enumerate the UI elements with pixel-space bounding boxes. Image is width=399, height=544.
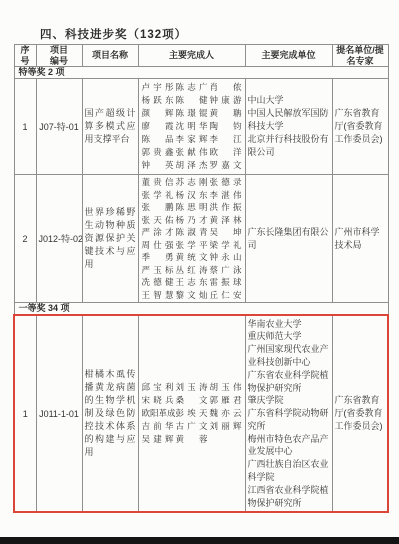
- cell-project-name: 世界珍稀野生动物种质资源保护关键技术与应用: [82, 175, 138, 303]
- person-name: 张学平: [174, 239, 208, 252]
- person-name: 冼德健: [141, 276, 175, 289]
- unit-name: 重庆师范大学: [248, 330, 330, 343]
- person-name: 肖侬: [208, 81, 242, 94]
- person-name: 苏志刚: [174, 176, 208, 189]
- project-row-3-highlighted: 1 J011-1-01 柑橘木虱传播黄龙病菌的生物学机制及绿色防控技术体系的构建…: [14, 315, 388, 512]
- person-name: 雷振球: [208, 276, 242, 289]
- person-name: 梁学礼: [208, 239, 242, 252]
- header-nominator: 提名单位/提名专家: [332, 45, 388, 67]
- person-name: 李湛伟: [208, 189, 242, 202]
- unit-name: 中山大学: [248, 94, 330, 107]
- person-name: 罗嘉文: [208, 159, 242, 172]
- person-name: 张天佑: [141, 214, 175, 227]
- person-name: 宋晓兵: [141, 394, 175, 407]
- header-index: 序号: [14, 45, 36, 67]
- cell-index: 1: [14, 315, 36, 512]
- cell-code: J07-特-01: [36, 79, 82, 175]
- person-name: 钟永山: [208, 251, 242, 264]
- header-project-name: 项目名称: [82, 45, 138, 67]
- person-name: 丘仁安: [208, 289, 242, 302]
- person-name: 廖霞: [141, 120, 175, 133]
- person-name: 张学礼: [141, 189, 175, 202]
- cell-units: 中山大学中国人民解放军国防科技大学北京并行科技股份有限公司: [245, 79, 332, 175]
- unit-name: 广东长隆集团有限公司: [248, 226, 330, 252]
- person-name: 胡玉伟: [208, 381, 242, 394]
- person-name: 郭贵鑫: [141, 146, 175, 159]
- cell-index: 1: [14, 79, 36, 175]
- cell-code: J011-1-01: [36, 315, 82, 512]
- person-name: 杨跃东: [141, 94, 175, 107]
- person-name: 严涂才: [141, 226, 175, 239]
- unit-name: 江西省农业科学院植物保护研究所: [248, 484, 330, 510]
- section-row-first-prize: 一等奖 34 项: [14, 303, 388, 316]
- header-units: 主要完成单位: [245, 45, 332, 67]
- person-name: 洪作振: [208, 201, 242, 214]
- section-label: 特等奖 2 项: [14, 67, 388, 79]
- person-name: 卢宇彤: [141, 81, 175, 94]
- person-name: 邱宝利: [141, 381, 175, 394]
- unit-name: 广东省科学院动物研究所: [248, 407, 330, 433]
- person-name: 刘玉涛: [174, 381, 208, 394]
- person-name: 黄蓉: [174, 433, 208, 446]
- project-row-1: 1 J07-特-01 国产超级计算多模式应用支撑平台 卢宇彤陈志广肖侬杨跃东陈健…: [14, 79, 388, 175]
- person-name: 欧洋: [208, 146, 242, 159]
- person-name: 黄泽林: [208, 214, 242, 227]
- unit-name: 广东省农业科学院植物保护研究所: [248, 369, 330, 395]
- person-name: 张鹏: [141, 201, 175, 214]
- person-name: 杨乃才: [174, 214, 208, 227]
- person-name: 李家辉: [174, 133, 208, 146]
- person-name: 丛红涛: [174, 264, 208, 277]
- cell-units: 华南农业大学重庆师范大学广州国家现代农业产业科技创新中心广东省农业科学院植物保护…: [245, 315, 332, 512]
- person-name: 钟康游: [208, 94, 242, 107]
- person-name: 陈健: [174, 94, 208, 107]
- person-name: 黎文灿: [174, 289, 208, 302]
- person-name: 吴坤: [208, 226, 242, 239]
- table-header-row: 序号 项目编号 项目名称 主要完成人 主要完成单位 提名单位/提名专家: [14, 45, 388, 67]
- person-name: 吴建辉: [141, 433, 175, 446]
- unit-name: 北京并行科技股份有限公司: [248, 133, 330, 159]
- cell-project-name: 国产超级计算多模式应用支撑平台: [82, 79, 138, 175]
- unit-name: 广西壮族自治区农业科学院: [248, 458, 330, 484]
- cell-people: 卢宇彤陈志广肖侬杨跃东陈健钟康游颜辉陈璟锟黄聃廖霞沈明华陶钧陈品李家辉李江郭贵鑫…: [138, 79, 245, 175]
- person-name: 王智慧: [141, 289, 175, 302]
- cell-nominator: 广东省教育厅(省委教育工作委员会): [332, 315, 388, 512]
- person-name: 张献伟: [174, 146, 208, 159]
- person-name: 彭埃天: [174, 407, 208, 420]
- project-row-2: 2 J012-特-02 世界珍稀野生动物种质资源保护关键技术与应用 董贵信苏志刚…: [14, 175, 388, 303]
- cell-index: 2: [14, 175, 36, 303]
- person-name: 刘丽辉: [208, 420, 242, 433]
- person-name: 杨汉东: [174, 189, 208, 202]
- person-name: 陈淑青: [174, 226, 208, 239]
- header-people: 主要完成人: [138, 45, 245, 67]
- person-name: 郭雁君: [208, 394, 242, 407]
- person-name: 董贵信: [141, 176, 175, 189]
- person-name: 季勇: [141, 251, 175, 264]
- unit-name: 肇庆学院: [248, 394, 330, 407]
- cell-people: 邱宝利刘玉涛胡玉伟宋晓兵桑文郭雁君欧阳革成彭埃天魏亦云吉前华古广文刘丽辉吴建辉黄…: [138, 315, 245, 512]
- page-title: 四、科技进步奖（132项）: [40, 26, 187, 42]
- person-name: 沈明华: [174, 120, 208, 133]
- person-name: 张德录: [208, 176, 242, 189]
- cell-nominator: 广东省教育厅(省委教育工作委员会): [332, 79, 388, 175]
- person-name: 陶钧: [208, 120, 242, 133]
- person-name: 陈璟锟: [174, 107, 208, 120]
- person-name: 颜辉: [141, 107, 175, 120]
- person-name: 欧阳革成: [141, 407, 175, 420]
- person-name: 王志东: [174, 276, 208, 289]
- person-name: 周仕强: [141, 239, 175, 252]
- person-name: 陈思明: [174, 201, 208, 214]
- header-code: 项目编号: [36, 45, 82, 67]
- person-name: 黄聃: [208, 107, 242, 120]
- unit-name: 梅州市特色农产品产业发展中心: [248, 433, 330, 459]
- section-row-special-prize: 特等奖 2 项: [14, 67, 388, 79]
- cell-project-name: 柑橘木虱传播黄龙病菌的生物学机制及绿色防控技术体系的构建与应用: [82, 315, 138, 512]
- person-name: 李江: [208, 133, 242, 146]
- unit-name: 华南农业大学: [248, 318, 330, 331]
- unit-name: 中国人民解放军国防科技大学: [248, 107, 330, 133]
- person-name: 钟英: [141, 159, 175, 172]
- person-name: 桑文: [174, 394, 208, 407]
- cell-people: 董贵信苏志刚张德录张学礼杨汉东李湛伟张鹏陈思明洪作振张天佑杨乃才黄泽林严涂才陈淑…: [138, 175, 245, 303]
- person-name: 严玉标: [141, 264, 175, 277]
- person-name: 蔡广泳: [208, 264, 242, 277]
- section-label: 一等奖 34 项: [14, 303, 388, 316]
- person-name: 吉前华: [141, 420, 175, 433]
- cell-units: 广东长隆集团有限公司: [245, 175, 332, 303]
- unit-name: 广州国家现代农业产业科技创新中心: [248, 343, 330, 369]
- scan-bottom-edge: [0, 537, 399, 544]
- person-name: 胡泽杰: [174, 159, 208, 172]
- person-name: 魏亦云: [208, 407, 242, 420]
- person-name: 陈品: [141, 133, 175, 146]
- cell-nominator: 广州市科学技术局: [332, 175, 388, 303]
- person-name: 陈志广: [174, 81, 208, 94]
- person-name: 古广文: [174, 420, 208, 433]
- cell-code: J012-特-02: [36, 175, 82, 303]
- awards-table: 序号 项目编号 项目名称 主要完成人 主要完成单位 提名单位/提名专家 特等奖 …: [13, 44, 389, 513]
- person-name: 黄统文: [174, 251, 208, 264]
